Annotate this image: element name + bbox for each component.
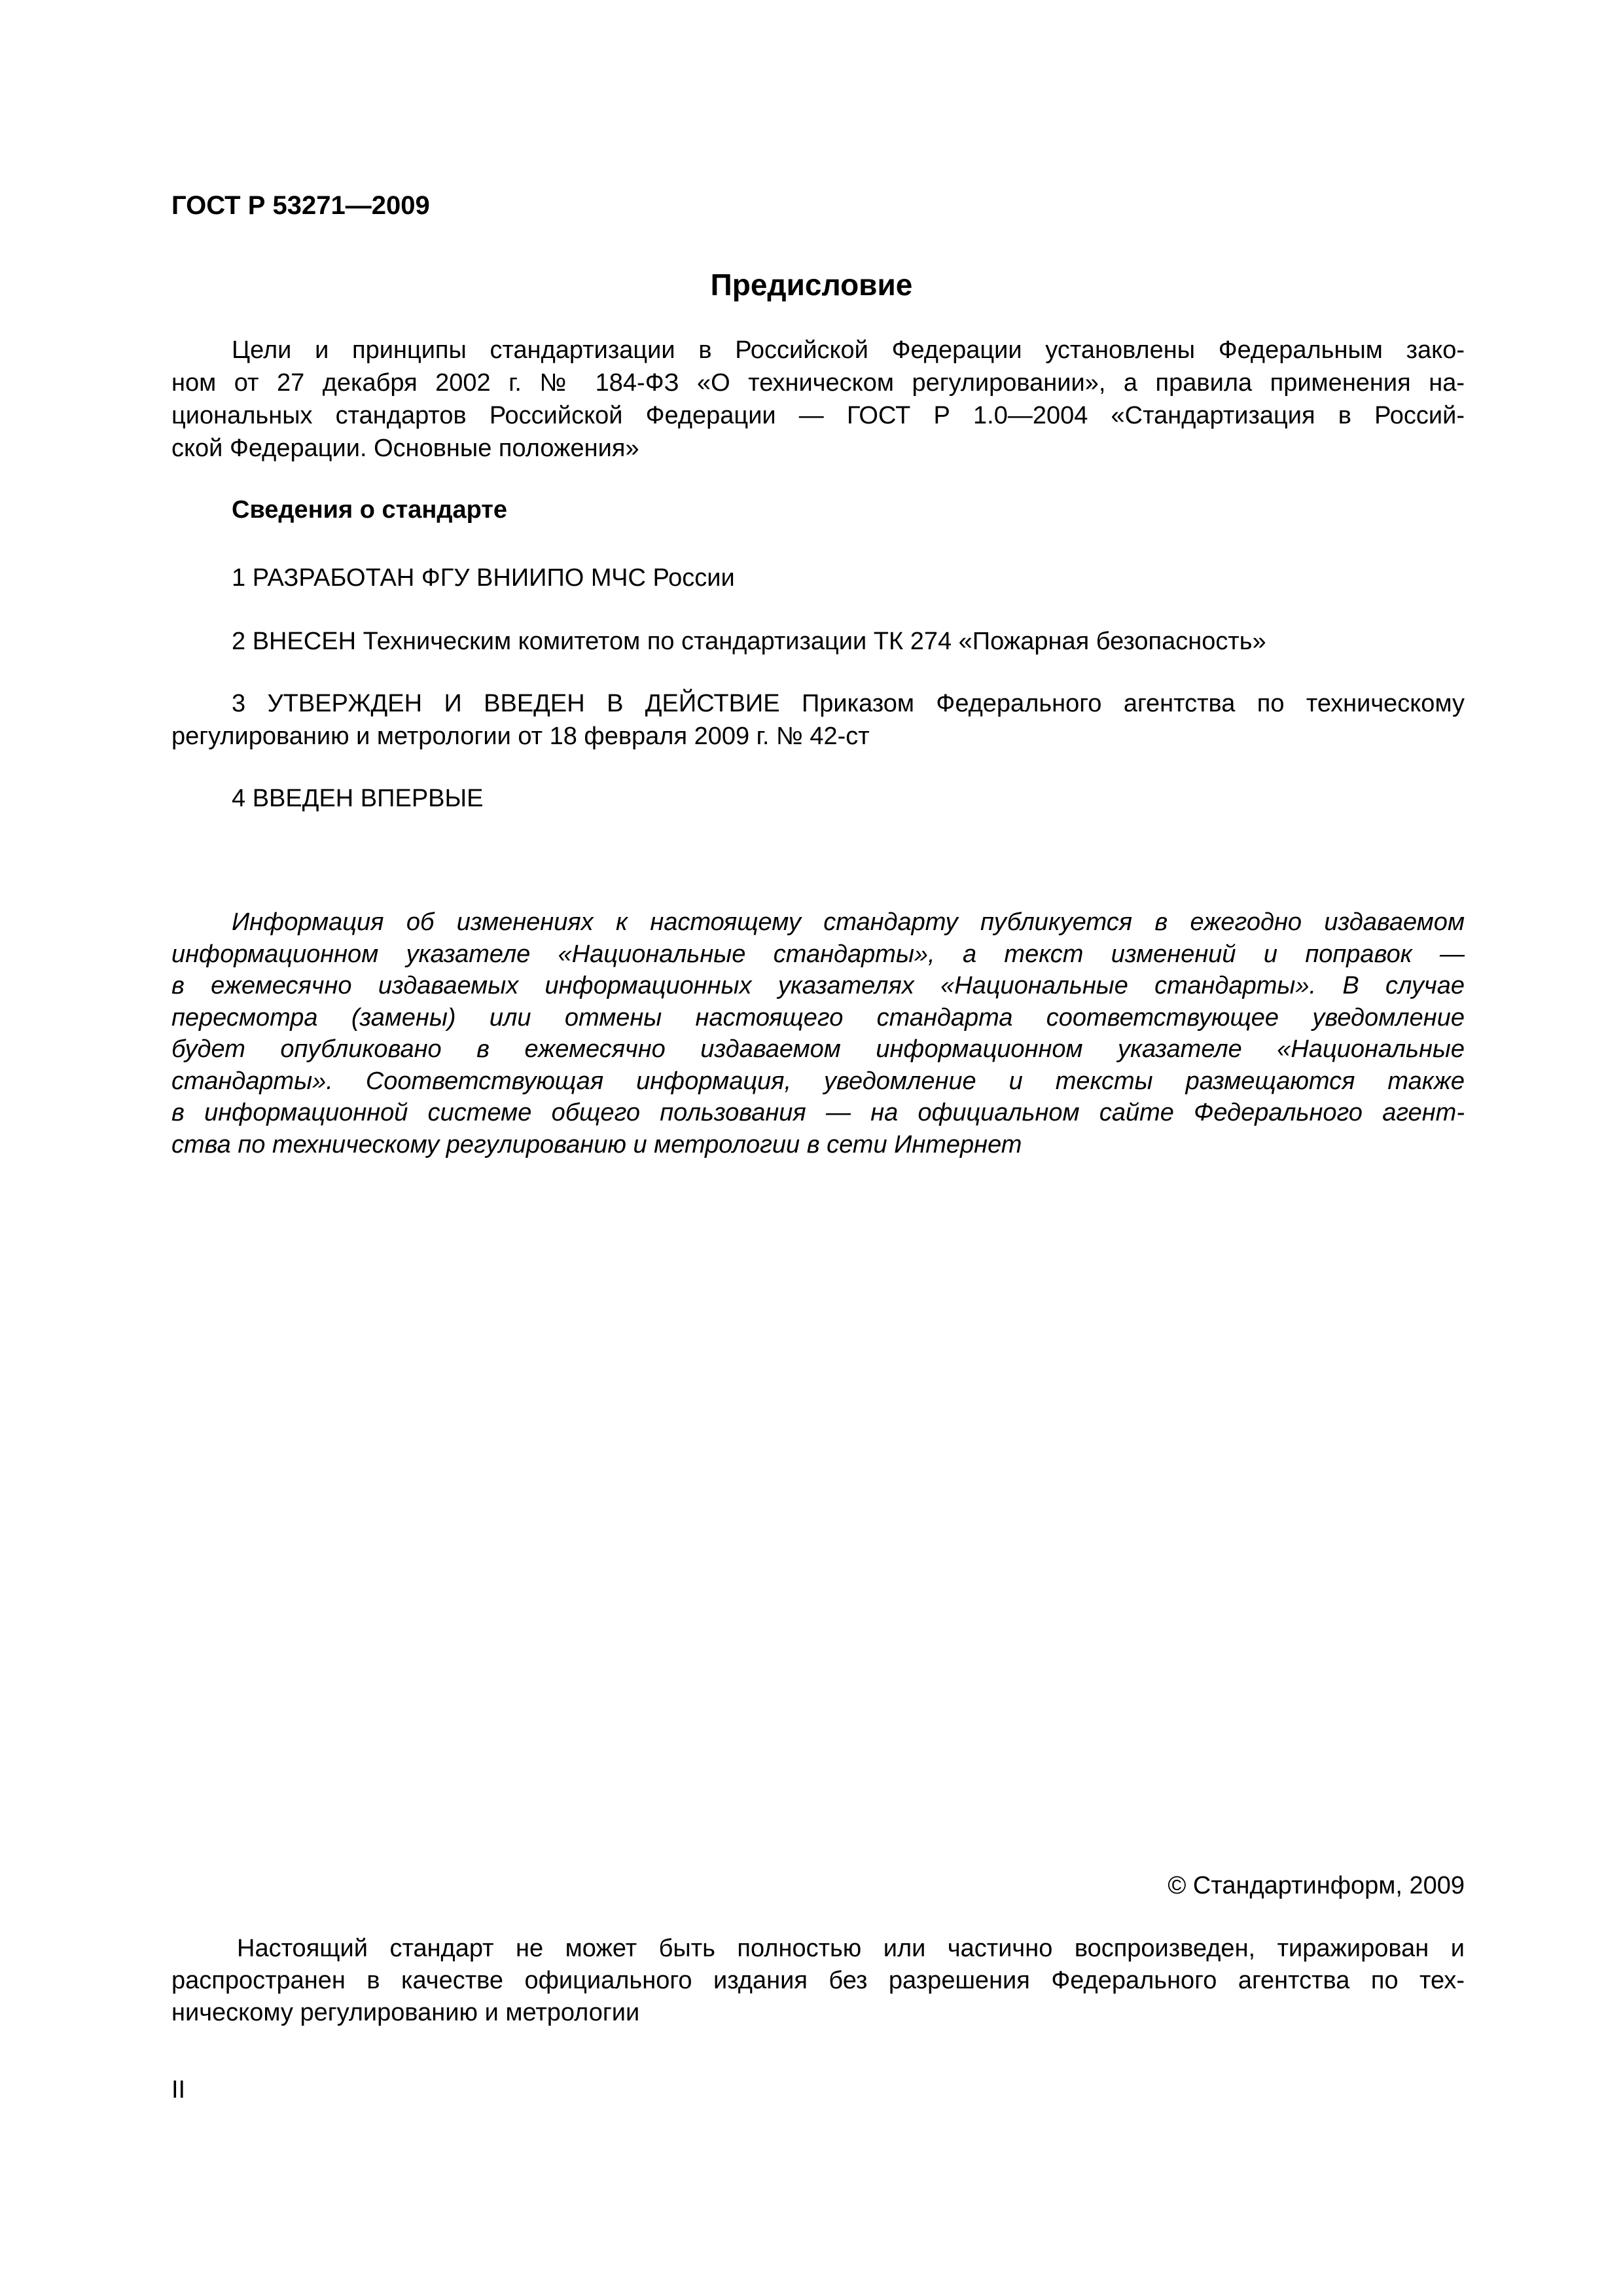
text-line: информационном указателе «Национальные с… [171,939,1465,971]
text-line: ства по техническому регулированию и мет… [171,1129,1465,1161]
text-line: стандарты». Соответствующая информация, … [171,1066,1465,1098]
document-page: ГОСТ Р 53271—2009 Предисловие Цели и при… [0,0,1623,2296]
text-line: 3 УТВЕРЖДЕН И ВВЕДЕН В ДЕЙСТВИЕ Приказом… [171,687,1465,720]
info-item-3: 3 УТВЕРЖДЕН И ВВЕДЕН В ДЕЙСТВИЕ Приказом… [171,687,1465,753]
info-item-1: 1 РАЗРАБОТАН ФГУ ВНИИПО МЧС России [171,562,1465,594]
info-item-4: 4 ВВЕДЕН ВПЕРВЫЕ [171,782,1465,815]
text-line: распространен в качестве официального из… [171,1965,1465,1997]
text-line: ской Федерации. Основные положения» [171,432,1465,465]
copyright-notice: © Стандартинформ, 2009 [1168,1872,1465,1900]
text-line: регулированию и метрологии от 18 февраля… [171,720,1465,753]
info-item-2: 2 ВНЕСЕН Техническим комитетом по станда… [171,625,1465,658]
info-heading: Сведения о стандарте [232,496,507,524]
text-line: 2 ВНЕСЕН Техническим комитетом по станда… [171,625,1465,658]
text-line: в информационной системе общего пользова… [171,1097,1465,1129]
text-line: Информация об изменениях к настоящему ст… [171,906,1465,939]
text-line: Настоящий стандарт не может быть полност… [171,1933,1465,1965]
text-line: будет опубликовано в ежемесячно издаваем… [171,1033,1465,1066]
text-line: 4 ВВЕДЕН ВПЕРВЫЕ [171,782,1465,815]
text-line: пересмотра (замены) или отмены настоящег… [171,1002,1465,1034]
text-line: в ежемесячно издаваемых информационных у… [171,970,1465,1002]
section-title: Предисловие [0,267,1623,302]
text-line: ническому регулированию и метрологии [171,1997,1465,2029]
section-title-text: Предисловие [711,268,913,302]
intro-paragraph: Цели и принципы стандартизации в Российс… [171,334,1465,465]
page-number: II [171,2076,185,2104]
text-line: Цели и принципы стандартизации в Российс… [171,334,1465,367]
text-line: ном от 27 декабря 2002 г. № 184-ФЗ «О те… [171,367,1465,399]
text-line: циональных стандартов Российской Федерац… [171,399,1465,432]
changes-notice: Информация об изменениях к настоящему ст… [171,906,1465,1160]
text-line: 1 РАЗРАБОТАН ФГУ ВНИИПО МЧС России [171,562,1465,594]
standard-code-header: ГОСТ Р 53271—2009 [171,191,430,221]
reproduction-notice: Настоящий стандарт не может быть полност… [171,1933,1465,2029]
